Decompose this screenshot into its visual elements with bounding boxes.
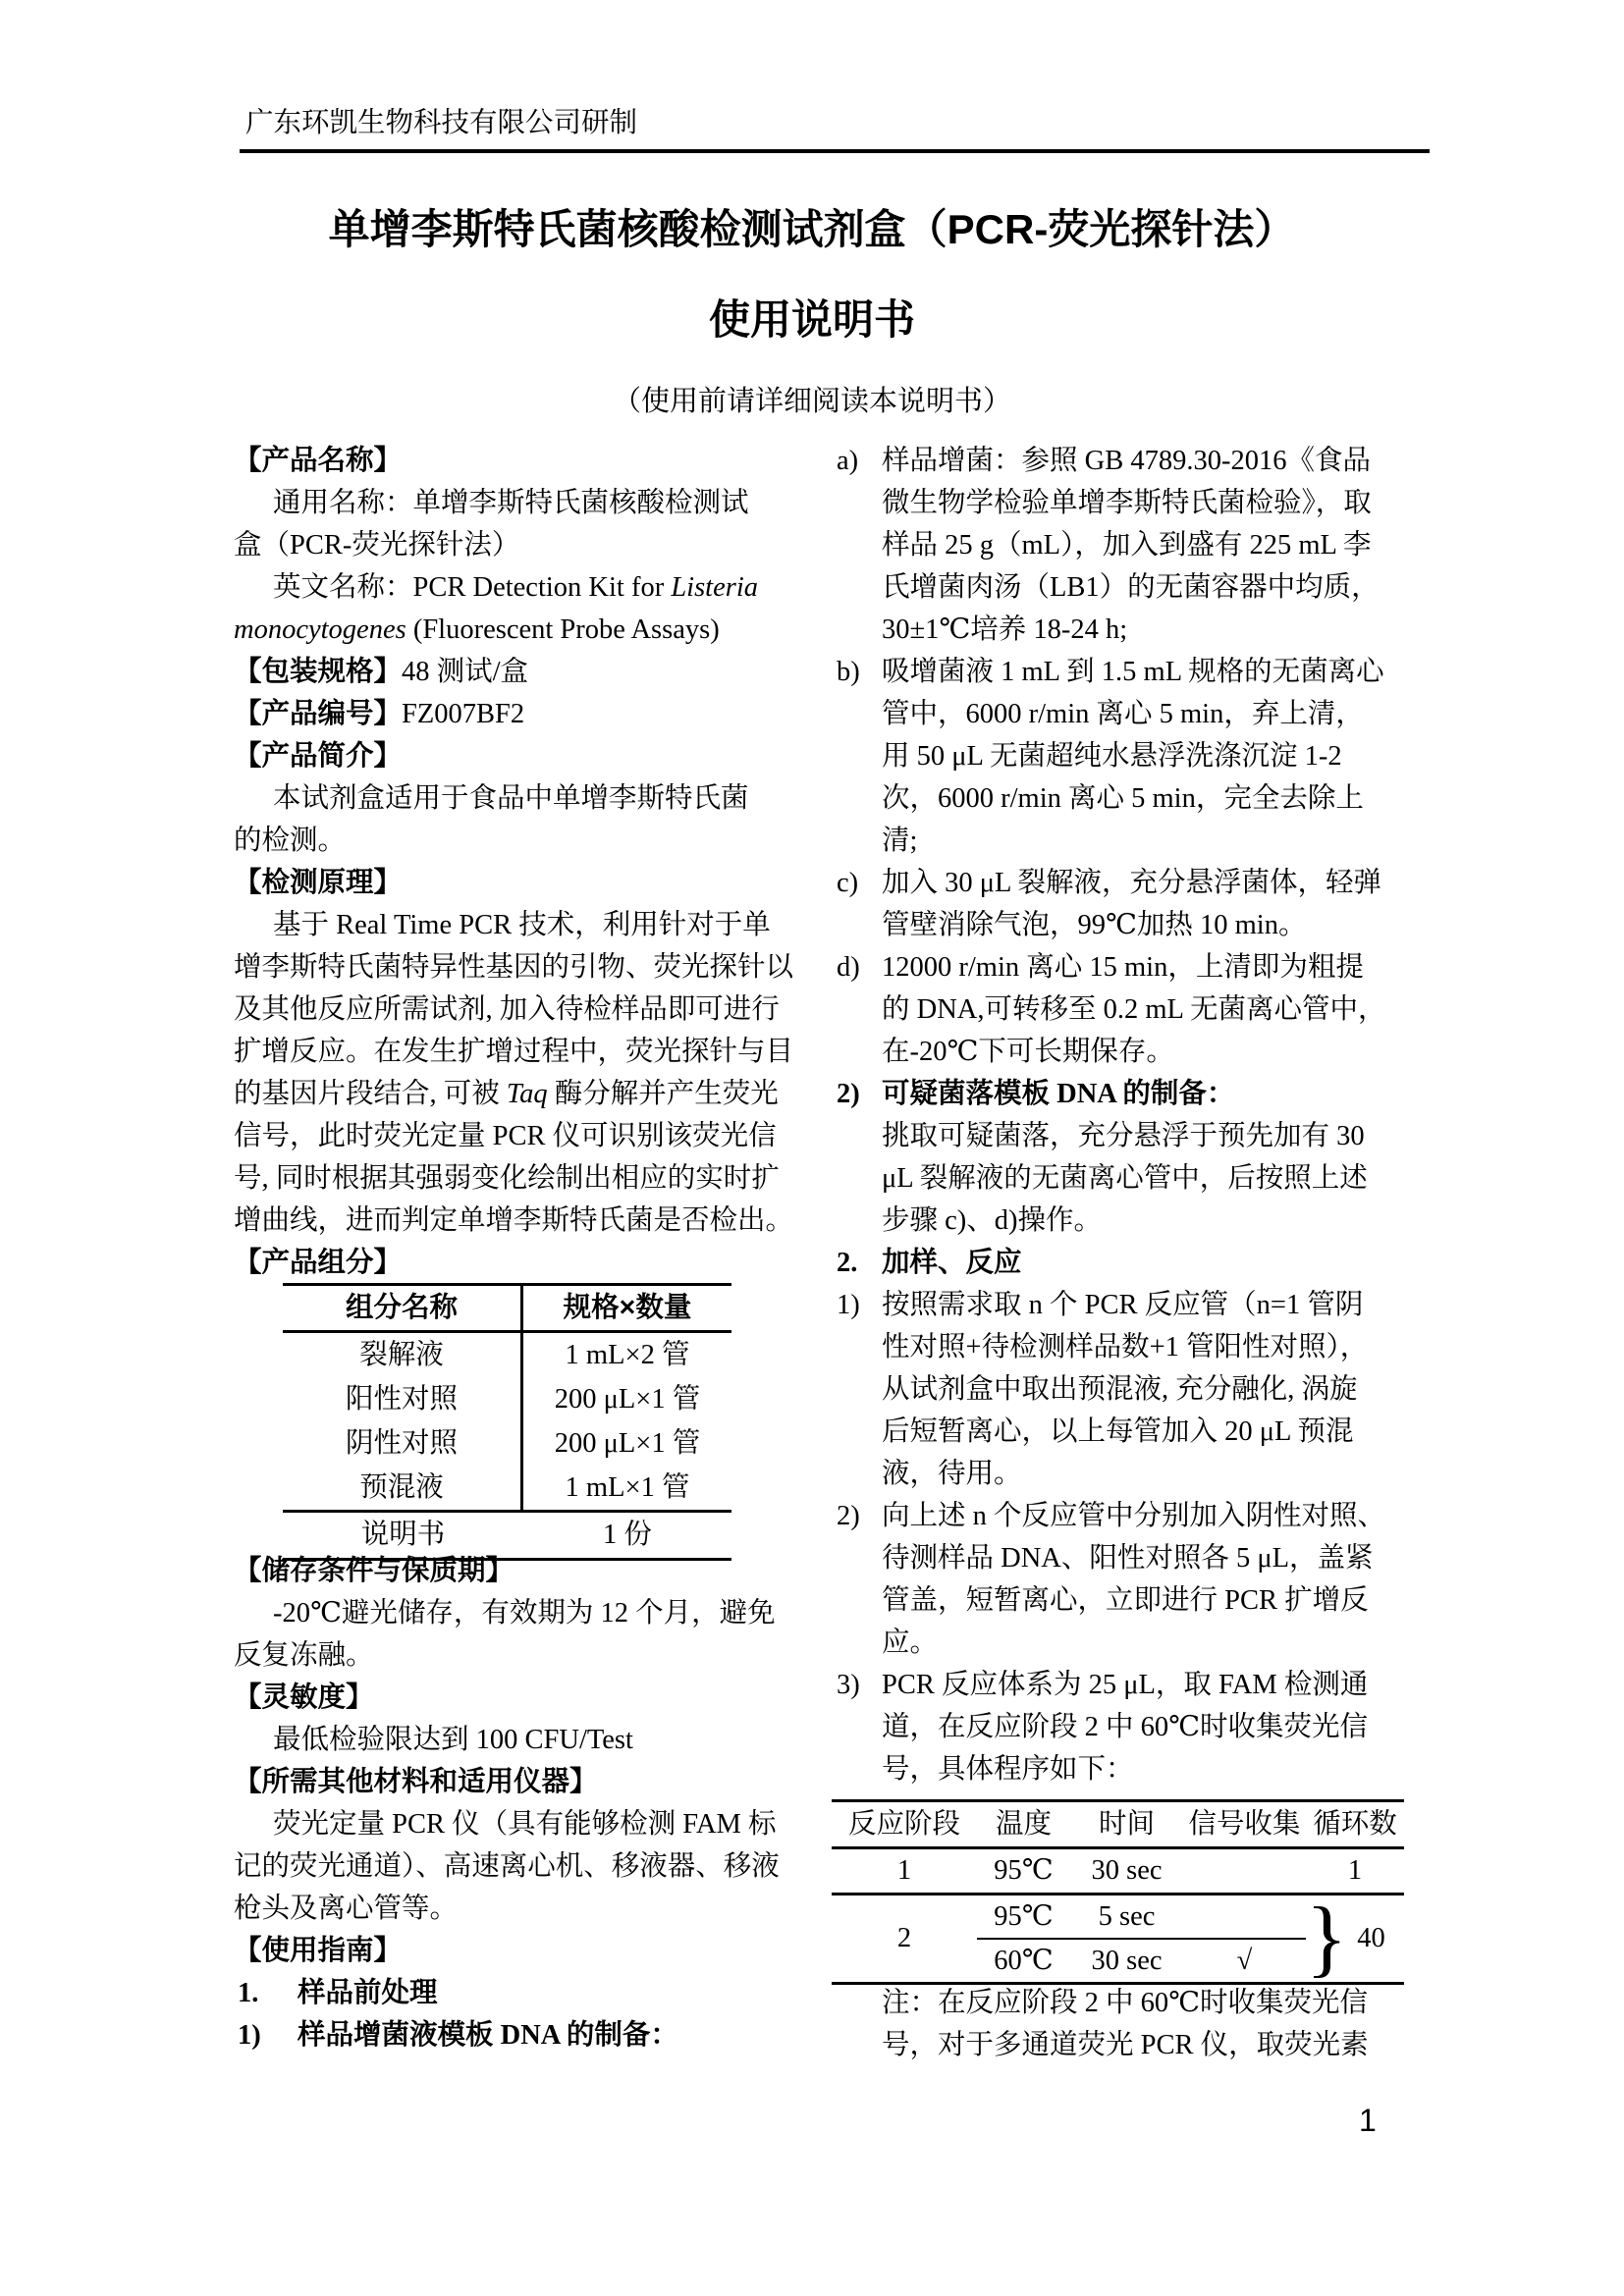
table-row: 阳性对照 200 μL×1 管 <box>283 1377 731 1421</box>
text-line: 3)PCR 反应体系为 25 μL，取 FAM 检测通 <box>837 1664 1443 1706</box>
text-line: 1.样品前处理 <box>234 1972 788 2014</box>
text-line: 反复冻融。 <box>234 1634 788 1677</box>
table-row: 裂解液 1 mL×2 管 <box>283 1333 731 1377</box>
pcr-table-stage2-row: 2 95℃ 5 sec 60℃ 30 sec √ } 40 <box>832 1896 1404 1982</box>
text-line: 及其他反应所需试剂, 加入待检样品即可进行 <box>234 988 788 1031</box>
document-title: 单增李斯特氏菌核酸检测试剂盒（PCR-荧光探针法） <box>0 197 1624 256</box>
text-line: 2)向上述 n 个反应管中分别加入阴性对照、 <box>837 1495 1443 1537</box>
document-subtitle: 使用说明书 <box>0 288 1624 347</box>
text-line: 【产品组分】 <box>234 1242 788 1284</box>
text-line: 用 50 μL 无菌超纯水悬浮洗涤沉淀 1-2 <box>837 735 1443 777</box>
text-line: a)样品增菌：参照 GB 4789.30-2016《食品 <box>837 440 1443 482</box>
curly-brace: } <box>1306 1896 1347 1982</box>
text-line: 2.加样、反应 <box>837 1242 1443 1284</box>
text-line: 扩增反应。在发生扩增过程中，荧光探针与目 <box>234 1031 788 1073</box>
text-line: 增李斯特氏菌特异性基因的引物、荧光探针以 <box>234 946 788 988</box>
text-line: 本试剂盒适用于食品中单增李斯特氏菌 <box>234 777 788 820</box>
text-line: 【包装规格】48 测试/盒 <box>234 651 788 693</box>
text-line: 管中，6000 r/min 离心 5 min，弃上清， <box>837 693 1443 735</box>
text-line: c)加入 30 μL 裂解液，充分悬浮菌体，轻弹 <box>837 862 1443 904</box>
text-line: 的 DNA,可转移至 0.2 mL 无菌离心管中， <box>837 988 1443 1031</box>
text-line: 1)按照需求取 n 个 PCR 反应管（n=1 管阴 <box>837 1284 1443 1326</box>
text-line: 枪头及离心管等。 <box>234 1888 788 1930</box>
header-company-name: 广东环凯生物科技有限公司研制 <box>245 102 637 144</box>
text-line: 样品 25 g（mL），加入到盛有 225 mL 李 <box>837 524 1443 566</box>
text-line: 【产品简介】 <box>234 735 788 777</box>
text-line: 微生物学检验单增李斯特氏菌检验》，取 <box>837 482 1443 524</box>
text-line: 在-20℃下可长期保存。 <box>837 1031 1443 1073</box>
text-line: 2)可疑菌落模板 DNA 的制备： <box>837 1073 1443 1115</box>
cycle-count: 40 <box>1357 1923 1385 1954</box>
text-line: 【产品名称】 <box>234 440 788 482</box>
page-number: 1 <box>1359 2103 1377 2139</box>
text-line: 性对照+待检测样品数+1 管阳性对照）， <box>837 1326 1443 1368</box>
text-line: 管壁消除气泡，99℃加热 10 min。 <box>837 904 1443 946</box>
text-line: 30±1℃培养 18-24 h; <box>837 609 1443 651</box>
text-line: μL 裂解液的无菌离心管中，后按照上述 <box>837 1157 1443 1200</box>
text-line: 【检测原理】 <box>234 862 788 904</box>
text-line: 【储存条件与保质期】 <box>234 1550 788 1592</box>
table-note: 注：在反应阶段 2 中 60℃时收集荧光信号，对于多通道荧光 PCR 仪，取荧光… <box>837 1982 1443 2066</box>
product-table-header-spec: 规格×数量 <box>523 1286 731 1330</box>
pcr-table-header-row: 反应阶段 温度 时间 信号收集 循环数 <box>832 1802 1404 1849</box>
text-line: 号，具体程序如下： <box>837 1748 1443 1790</box>
left-column-lower-text: 【储存条件与保质期】-20℃避光储存，有效期为 12 个月，避免反复冻融。【灵敏… <box>234 1550 788 2056</box>
text-line: 从试剂盒中取出预混液, 充分融化, 涡旋 <box>837 1368 1443 1411</box>
product-table-header-row: 组分名称 规格×数量 <box>283 1286 731 1333</box>
table-row: 阴性对照 200 μL×1 管 <box>283 1421 731 1466</box>
text-line: 【使用指南】 <box>234 1930 788 1972</box>
right-column-text: a)样品增菌：参照 GB 4789.30-2016《食品微生物学检验单增李斯特氏… <box>837 440 1443 1790</box>
text-line: 号, 同时根据其强弱变化绘制出相应的实时扩 <box>234 1157 788 1200</box>
text-line: b)吸增菌液 1 mL 到 1.5 mL 规格的无菌离心 <box>837 651 1443 693</box>
text-line: 注：在反应阶段 2 中 60℃时收集荧光信 <box>837 1982 1443 2024</box>
text-line: 后短暂离心，以上每管加入 20 μL 预混 <box>837 1411 1443 1453</box>
document-page: 广东环凯生物科技有限公司研制 单增李斯特氏菌核酸检测试剂盒（PCR-荧光探针法）… <box>0 0 1624 2296</box>
text-line: 【产品编号】FZ007BF2 <box>234 693 788 735</box>
text-line: 的检测。 <box>234 820 788 862</box>
text-line: 增曲线，进而判定单增李斯特氏菌是否检出。 <box>234 1200 788 1242</box>
table-row: 预混液 1 mL×1 管 <box>283 1466 731 1513</box>
document-notice: （使用前请详细阅读本说明书） <box>0 379 1624 419</box>
text-line: 管盖，短暂离心，立即进行 PCR 扩增反 <box>837 1579 1443 1622</box>
stage2-step2: 60℃ 30 sec √ <box>977 1938 1306 1982</box>
header-rule <box>240 149 1430 153</box>
text-line: 液，待用。 <box>837 1453 1443 1495</box>
signal-check-mark: √ <box>1183 1940 1306 1982</box>
text-line: 步骤 c)、d)操作。 <box>837 1200 1443 1242</box>
text-line: 荧光定量 PCR 仪（具有能够检测 FAM 标 <box>234 1803 788 1845</box>
text-line: 信号，此时荧光定量 PCR 仪可识别该荧光信 <box>234 1115 788 1157</box>
text-line: 号，对于多通道荧光 PCR 仪，取荧光素 <box>837 2024 1443 2066</box>
text-line: 道，在反应阶段 2 中 60℃时收集荧光信 <box>837 1706 1443 1748</box>
pcr-table-stage1-row: 1 95℃ 30 sec 1 <box>832 1849 1404 1896</box>
text-line: monocytogenes (Fluorescent Probe Assays) <box>234 609 788 651</box>
product-table-header-name: 组分名称 <box>283 1286 523 1330</box>
text-line: 挑取可疑菌落，充分悬浮于预先加有 30 <box>837 1115 1443 1157</box>
text-line: 氏增菌肉汤（LB1）的无菌容器中均质， <box>837 566 1443 609</box>
text-line: 待测样品 DNA、阳性对照各 5 μL，盖紧 <box>837 1537 1443 1579</box>
text-line: d)12000 r/min 离心 15 min，上清即为粗提 <box>837 946 1443 988</box>
cycle-count-cell: } 40 <box>1306 1896 1404 1982</box>
stage2-step1: 95℃ 5 sec <box>977 1896 1306 1938</box>
left-column-upper-text: 【产品名称】通用名称：单增李斯特氏菌核酸检测试盒（PCR-荧光探针法）英文名称：… <box>234 440 788 1284</box>
text-line: 盒（PCR-荧光探针法） <box>234 524 788 566</box>
text-line: 的基因片段结合, 可被 Taq 酶分解并产生荧光 <box>234 1073 788 1115</box>
text-line: 应。 <box>837 1622 1443 1664</box>
text-line: 次，6000 r/min 离心 5 min，完全去除上 <box>837 777 1443 820</box>
pcr-program-table: 反应阶段 温度 时间 信号收集 循环数 1 95℃ 30 sec 1 2 95℃… <box>832 1799 1404 1985</box>
text-line: 【灵敏度】 <box>234 1677 788 1719</box>
text-line: 基于 Real Time PCR 技术，利用针对于单 <box>234 904 788 946</box>
text-line: 英文名称：PCR Detection Kit for Listeria <box>234 566 788 609</box>
text-line: -20℃避光储存，有效期为 12 个月，避免 <box>234 1592 788 1634</box>
text-line: 【所需其他材料和适用仪器】 <box>234 1761 788 1803</box>
text-line: 清; <box>837 820 1443 862</box>
text-line: 记的荧光通道）、高速离心机、移液器、移液 <box>234 1845 788 1888</box>
text-line: 最低检验限达到 100 CFU/Test <box>234 1719 788 1761</box>
text-line: 1)样品增菌液模板 DNA 的制备： <box>234 2014 788 2056</box>
product-components-table: 组分名称 规格×数量 裂解液 1 mL×2 管 阳性对照 200 μL×1 管 … <box>283 1283 731 1561</box>
text-line: 通用名称：单增李斯特氏菌核酸检测试 <box>234 482 788 524</box>
